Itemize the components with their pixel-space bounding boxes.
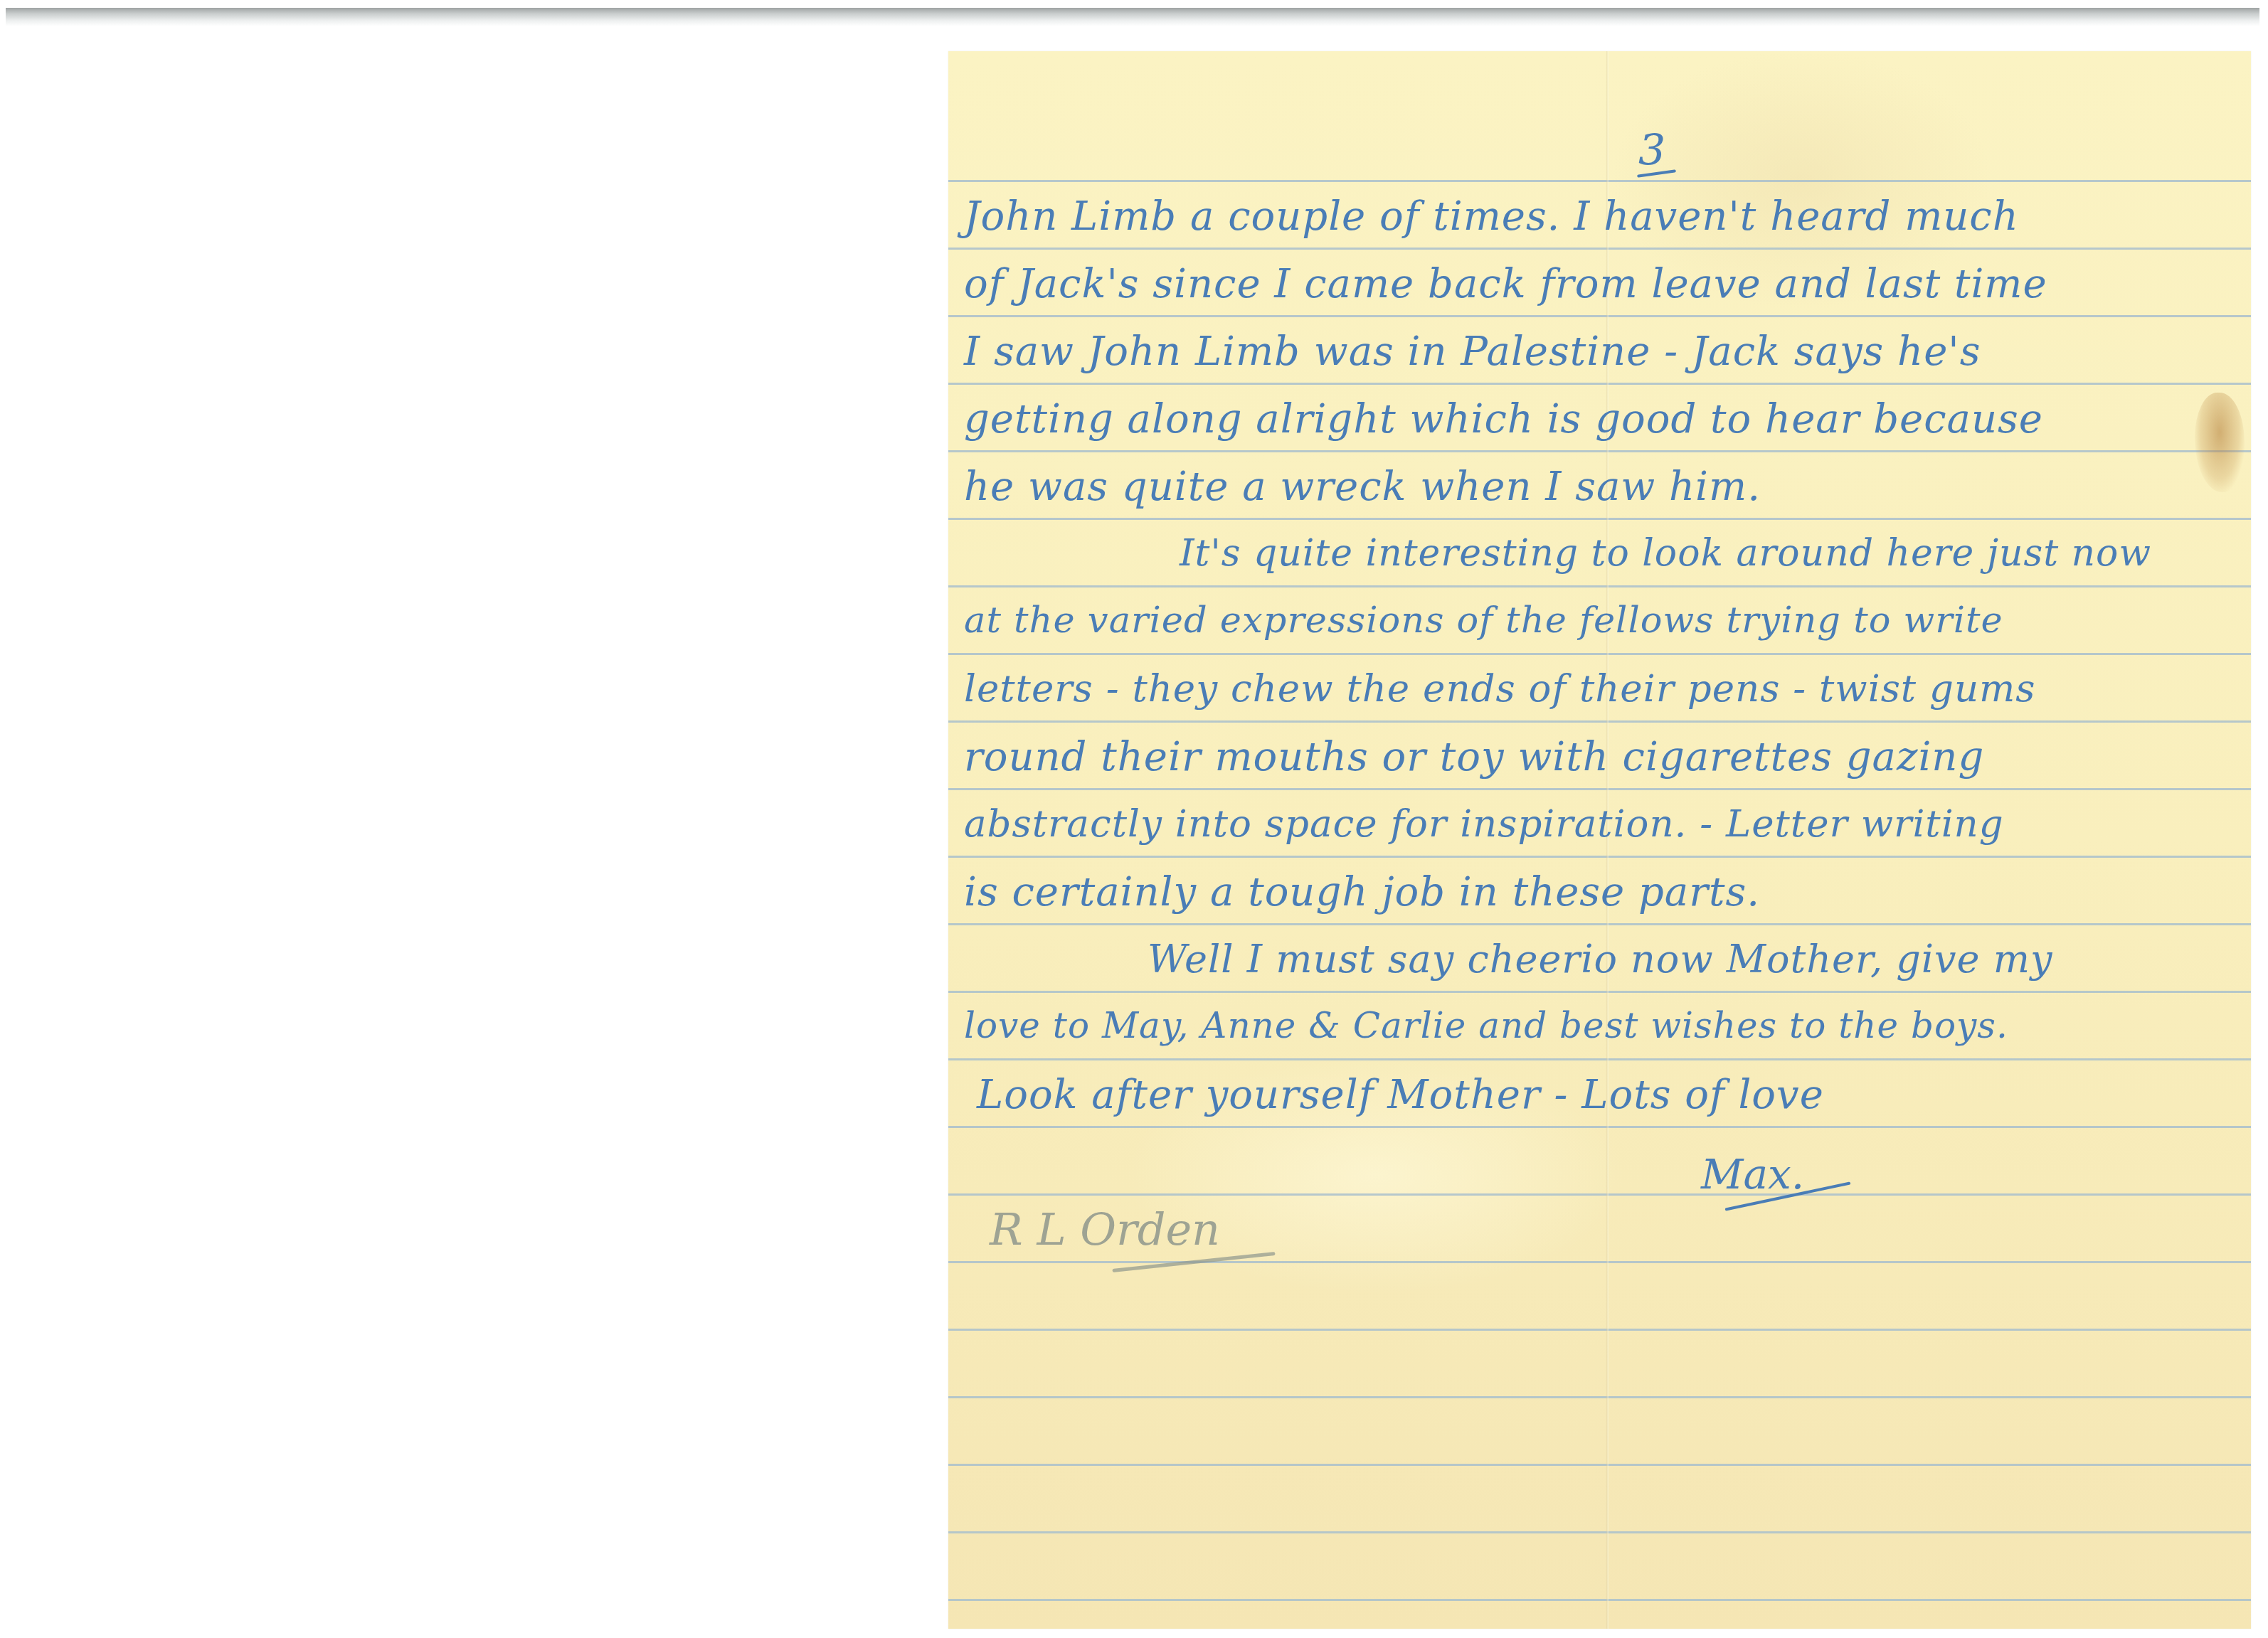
rule-line (948, 518, 2251, 520)
rule-line (948, 450, 2251, 452)
rule-line (948, 585, 2251, 587)
letter-line: Well I must say cheerio now Mother, give… (1148, 940, 2052, 979)
rule-line (948, 1531, 2251, 1533)
letter-line: is certainly a tough job in these parts. (964, 873, 1760, 913)
letter-line: letters - they chew the ends of their pe… (964, 670, 2036, 708)
letter-line: John Limb a couple of times. I haven't h… (964, 197, 2019, 237)
letter-line: at the varied expressions of the fellows… (964, 602, 2003, 639)
rule-line (948, 383, 2251, 385)
letter-line: round their mouths or toy with cigarette… (964, 738, 1984, 777)
rule-line (948, 1329, 2251, 1331)
rule-line (948, 315, 2251, 317)
censor-signature: R L Orden (990, 1203, 1220, 1255)
rule-line (948, 1464, 2251, 1466)
rule-line (948, 991, 2251, 993)
letter-page: 3 John Limb a couple of times. I haven't… (948, 51, 2251, 1629)
rule-line (948, 788, 2251, 790)
rule-line (948, 1058, 2251, 1060)
rule-line (948, 248, 2251, 250)
letter-line: It's quite interesting to look around he… (1180, 535, 2151, 572)
rule-line (948, 1261, 2251, 1263)
letter-line: getting along alright which is good to h… (964, 400, 2043, 440)
signature: Max. (1701, 1150, 1804, 1198)
letter-line: he was quite a wreck when I saw him. (964, 467, 1761, 507)
page-number: 3 (1638, 126, 1665, 176)
rule-line (948, 180, 2251, 182)
letter-line: love to May, Anne & Carlie and best wish… (964, 1008, 2008, 1043)
letter-line: I saw John Limb was in Palestine - Jack … (964, 332, 1981, 372)
rule-line (948, 1126, 2251, 1128)
rule-line (948, 1599, 2251, 1601)
letter-line: Look after yourself Mother - Lots of lov… (977, 1075, 1824, 1115)
rule-line (948, 1396, 2251, 1398)
letter-line: of Jack's since I came back from leave a… (964, 265, 2047, 304)
scanner-edge-shadow (6, 8, 2259, 26)
rule-line (948, 923, 2251, 925)
rule-line (948, 856, 2251, 858)
foxing-stain (2195, 393, 2245, 492)
letter-line: abstractly into space for inspiration. -… (964, 805, 2004, 843)
rule-line (948, 653, 2251, 655)
rule-line (948, 1193, 2251, 1196)
rule-line (948, 720, 2251, 723)
